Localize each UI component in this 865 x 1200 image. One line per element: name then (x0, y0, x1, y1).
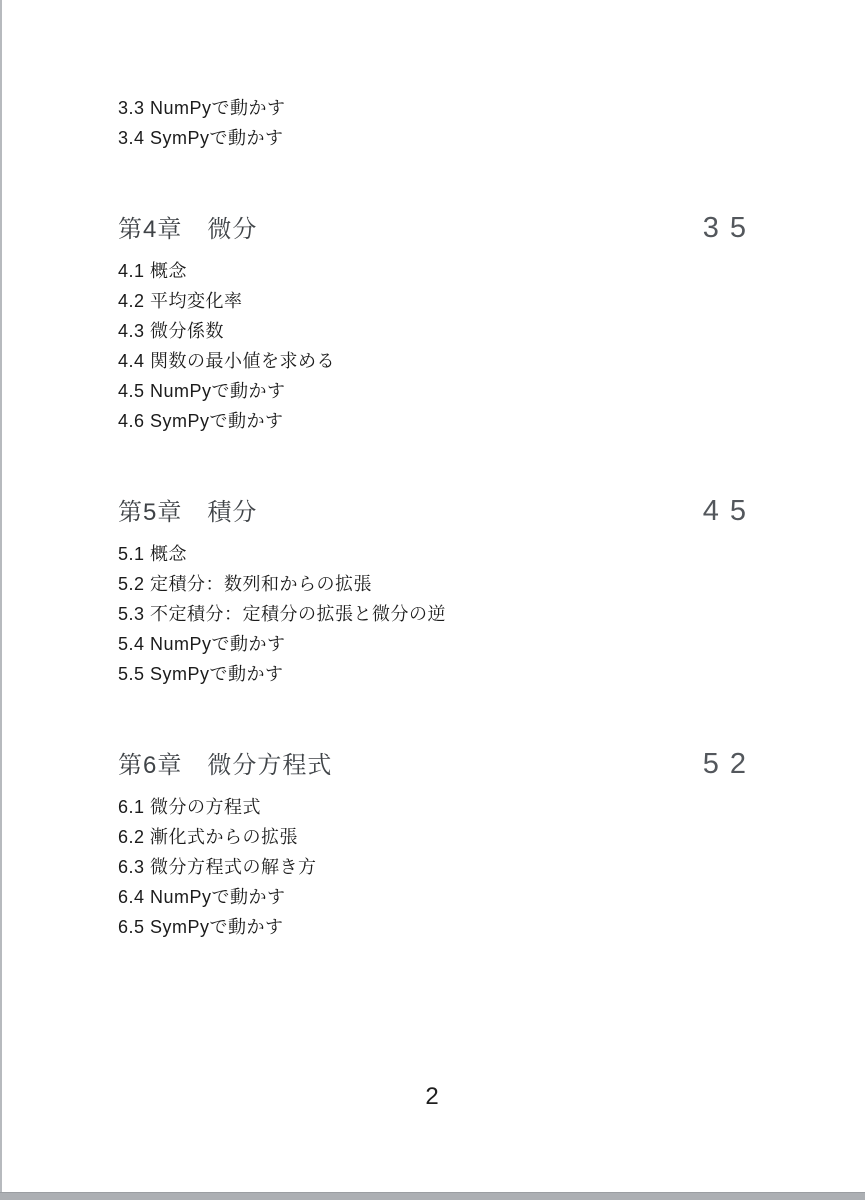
toc-item: 4.6 SymPyで動かす (118, 406, 746, 436)
toc-item: 6.4 NumPyで動かす (118, 882, 746, 912)
chapter-page-number: 35 (703, 208, 757, 248)
chapter-page-number: 45 (703, 491, 757, 531)
toc-item: 4.3 微分係数 (118, 316, 746, 346)
toc-item: 3.4 SymPyで動かす (118, 123, 746, 153)
toc-item: 6.2 漸化式からの拡張 (118, 822, 746, 852)
toc-item: 4.1 概念 (118, 256, 746, 286)
toc-item: 6.3 微分方程式の解き方 (118, 852, 746, 882)
chapter-title: 第4章 微分 (118, 210, 257, 250)
toc-item: 6.5 SymPyで動かす (118, 912, 746, 942)
chapter-heading-row: 第5章 積分 45 (118, 491, 746, 531)
chapter-title: 第5章 積分 (118, 493, 257, 533)
toc-item: 5.2 定積分：数列和からの拡張 (118, 569, 746, 599)
chapter-page-number: 52 (703, 744, 757, 784)
chapter-heading-row: 第6章 微分方程式 52 (118, 744, 746, 784)
toc-item: 5.4 NumPyで動かす (118, 629, 746, 659)
toc-item: 5.3 不定積分：定積分の拡張と微分の逆 (118, 599, 746, 629)
toc-item: 4.4 関数の最小値を求める (118, 346, 746, 376)
toc-item: 4.5 NumPyで動かす (118, 376, 746, 406)
toc-content: 3.3 NumPyで動かす 3.4 SymPyで動かす 第4章 微分 35 4.… (118, 93, 746, 942)
page-bottom-gap (0, 1192, 865, 1200)
toc-item: 3.3 NumPyで動かす (118, 93, 746, 123)
footer-page-number: 2 (118, 1082, 746, 1112)
toc-item: 4.2 平均変化率 (118, 286, 746, 316)
toc-item: 5.5 SymPyで動かす (118, 659, 746, 689)
document-page: 3.3 NumPyで動かす 3.4 SymPyで動かす 第4章 微分 35 4.… (0, 0, 865, 1200)
toc-item: 6.1 微分の方程式 (118, 792, 746, 822)
chapter-heading-row: 第4章 微分 35 (118, 208, 746, 248)
toc-item: 5.1 概念 (118, 539, 746, 569)
page-left-edge-border (0, 0, 2, 1200)
chapter-title: 第6章 微分方程式 (118, 746, 332, 786)
